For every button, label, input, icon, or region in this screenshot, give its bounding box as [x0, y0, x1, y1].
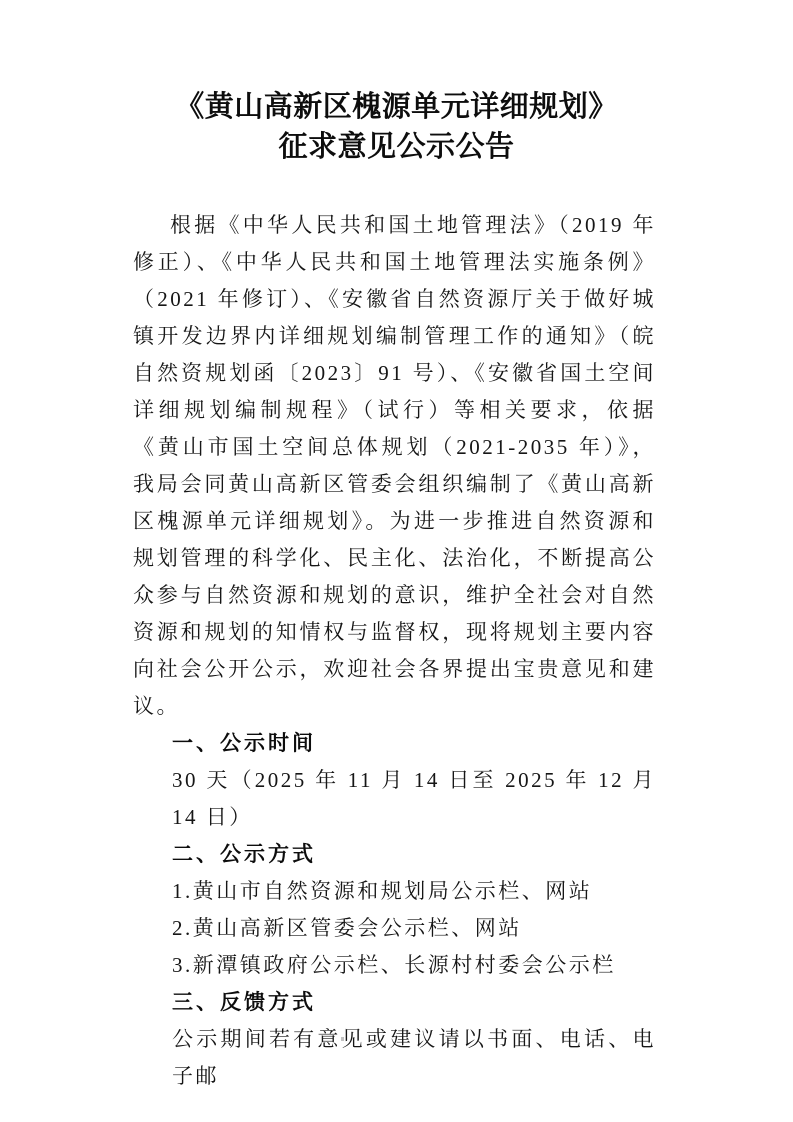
section-publicity-period: 一、公示时间 30 天（2025 年 11 月 14 日至 2025 年 12 … — [133, 725, 656, 836]
publicity-method-item-1: 1.黄山市自然资源和规划局公示栏、网站 — [172, 873, 656, 910]
section-publicity-method: 二、公示方式 1.黄山市自然资源和规划局公示栏、网站 2.黄山高新区管委会公示栏… — [133, 836, 656, 984]
document-page: 《黄山高新区槐源单元详细规划》 征求意见公示公告 根据《中华人民共和国土地管理法… — [0, 0, 793, 1122]
publicity-method-item-2: 2.黄山高新区管委会公示栏、网站 — [172, 910, 656, 947]
section-heading-feedback-method: 三、反馈方式 — [172, 984, 656, 1021]
document-title-line-1: 《黄山高新区槐源单元详细规划》 — [0, 87, 793, 127]
section-heading-publicity-method: 二、公示方式 — [172, 836, 656, 873]
document-title: 《黄山高新区槐源单元详细规划》 征求意见公示公告 — [0, 0, 793, 167]
feedback-method-text: 公示期间若有意见或建议请以书面、电话、电子邮 — [172, 1021, 656, 1095]
publicity-method-item-3: 3.新潭镇政府公示栏、长源村村委会公示栏 — [172, 947, 656, 984]
publicity-period-text: 30 天（2025 年 11 月 14 日至 2025 年 12 月 14 日） — [172, 762, 656, 836]
scan-artifact-speck — [341, 1037, 344, 1041]
document-body: 根据《中华人民共和国土地管理法》（2019 年修正）、《中华人民共和国土地管理法… — [133, 207, 656, 1095]
section-heading-publicity-period: 一、公示时间 — [172, 725, 656, 762]
document-title-line-2: 征求意见公示公告 — [0, 127, 793, 167]
intro-paragraph: 根据《中华人民共和国土地管理法》（2019 年修正）、《中华人民共和国土地管理法… — [133, 207, 656, 725]
section-feedback-method: 三、反馈方式 公示期间若有意见或建议请以书面、电话、电子邮 — [133, 984, 656, 1095]
